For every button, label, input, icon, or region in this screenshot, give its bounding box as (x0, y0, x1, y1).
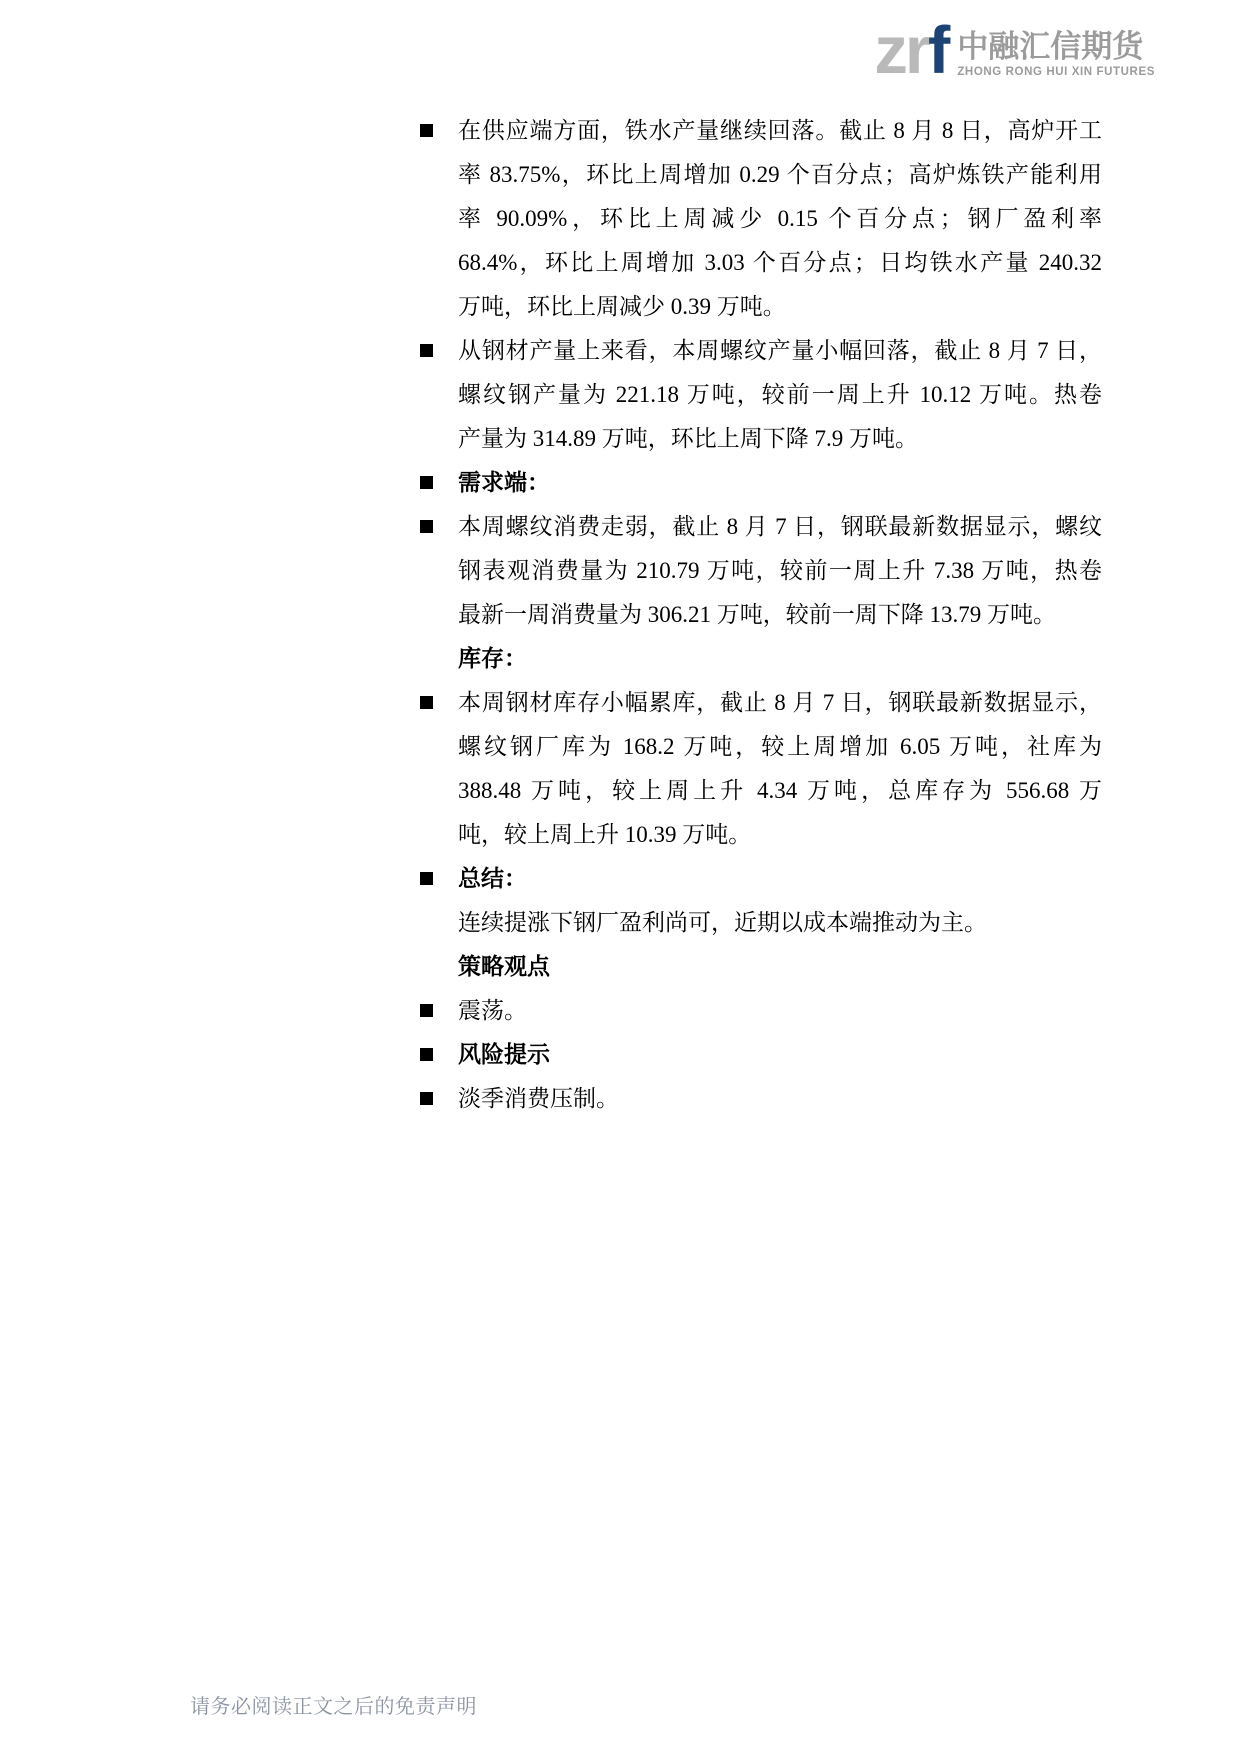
text-line: 淡季消费压制。 (458, 1077, 1102, 1121)
logo-f-letter: f (928, 13, 947, 88)
section-heading-text: 需求端： (458, 461, 1102, 505)
text-line: 连续提涨下钢厂盈利尚可，近期以成本端推动为主。 (458, 901, 1102, 945)
text-line: 螺纹钢厂库为 168.2 万吨，较上周增加 6.05 万吨，社库为 (458, 725, 1102, 769)
bullet-square-icon (420, 1004, 433, 1017)
text-line: 本周钢材库存小幅累库，截止 8 月 7 日，钢联最新数据显示， (458, 681, 1102, 725)
section-heading-summary: 总结： (420, 857, 1102, 901)
bullet-square-icon (420, 520, 433, 533)
bullet-item-risk-detail: 淡季消费压制。 (420, 1077, 1102, 1121)
bullet-square-icon (420, 476, 433, 489)
bullet-square-icon (420, 124, 433, 137)
section-heading-strategy: 策略观点 (420, 945, 1102, 989)
text-line: 率 83.75%，环比上周增加 0.29 个百分点；高炉炼铁产能利用 (458, 153, 1102, 197)
company-logo: zrf 中融汇信期货 ZHONG RONG HUI XIN FUTURES (874, 24, 1155, 79)
logo-company-names: 中融汇信期货 ZHONG RONG HUI XIN FUTURES (957, 31, 1155, 79)
bullet-item-demand-detail: 本周螺纹消费走弱，截止 8 月 7 日，钢联最新数据显示，螺纹 钢表观消费量为 … (420, 505, 1102, 637)
bullet-square-icon (420, 1048, 433, 1061)
text-line: 率 90.09%，环比上周减少 0.15 个百分点；钢厂盈利率 (458, 197, 1102, 241)
text-line: 螺纹钢产量为 221.18 万吨，较前一周上升 10.12 万吨。热卷 (458, 373, 1102, 417)
bullet-square-icon (420, 344, 433, 357)
text-line: 万吨，环比上周减少 0.39 万吨。 (458, 285, 1102, 329)
text-line: 吨，较上周上升 10.39 万吨。 (458, 813, 1102, 857)
logo-company-name-cn: 中融汇信期货 (957, 31, 1155, 62)
bullet-item-supply: 在供应端方面，铁水产量继续回落。截止 8 月 8 日，高炉开工 率 83.75%… (420, 109, 1102, 329)
section-heading-inventory: 库存： (420, 637, 1102, 681)
section-heading-text: 策略观点 (458, 945, 1102, 989)
text-line: 钢表观消费量为 210.79 万吨，较前一周上升 7.38 万吨，热卷 (458, 549, 1102, 593)
report-page: zrf 中融汇信期货 ZHONG RONG HUI XIN FUTURES 在供… (0, 0, 1241, 1755)
bullet-square-icon (420, 696, 433, 709)
section-heading-text: 风险提示 (458, 1033, 1102, 1077)
text-line: 产量为 314.89 万吨，环比上周下降 7.9 万吨。 (458, 417, 1102, 461)
text-line: 从钢材产量上来看，本周螺纹产量小幅回落，截止 8 月 7 日， (458, 329, 1102, 373)
text-line: 388.48 万吨，较上周上升 4.34 万吨，总库存为 556.68 万 (458, 769, 1102, 813)
footer-disclaimer: 请务必阅读正文之后的免责声明 (190, 1690, 477, 1719)
logo-zr-letters: zr (874, 13, 928, 88)
bullet-item-steel-output: 从钢材产量上来看，本周螺纹产量小幅回落，截止 8 月 7 日， 螺纹钢产量为 2… (420, 329, 1102, 461)
summary-text: 连续提涨下钢厂盈利尚可，近期以成本端推动为主。 (420, 901, 1102, 945)
report-body: 在供应端方面，铁水产量继续回落。截止 8 月 8 日，高炉开工 率 83.75%… (420, 109, 1102, 1121)
bullet-square-icon (420, 1092, 433, 1105)
bullet-item-strategy-view: 震荡。 (420, 989, 1102, 1033)
text-line: 在供应端方面，铁水产量继续回落。截止 8 月 8 日，高炉开工 (458, 109, 1102, 153)
logo-zrf-wordmark: zrf (874, 24, 947, 79)
bullet-item-inventory-detail: 本周钢材库存小幅累库，截止 8 月 7 日，钢联最新数据显示， 螺纹钢厂库为 1… (420, 681, 1102, 857)
section-heading-risk: 风险提示 (420, 1033, 1102, 1077)
logo-company-name-en: ZHONG RONG HUI XIN FUTURES (957, 66, 1155, 78)
section-heading-demand: 需求端： (420, 461, 1102, 505)
bullet-square-icon (420, 872, 433, 885)
text-line: 本周螺纹消费走弱，截止 8 月 7 日，钢联最新数据显示，螺纹 (458, 505, 1102, 549)
text-line: 68.4%，环比上周增加 3.03 个百分点；日均铁水产量 240.32 (458, 241, 1102, 285)
section-heading-text: 总结： (458, 857, 1102, 901)
section-heading-text: 库存： (458, 637, 1102, 681)
text-line: 震荡。 (458, 989, 1102, 1033)
text-line: 最新一周消费量为 306.21 万吨，较前一周下降 13.79 万吨。 (458, 593, 1102, 637)
